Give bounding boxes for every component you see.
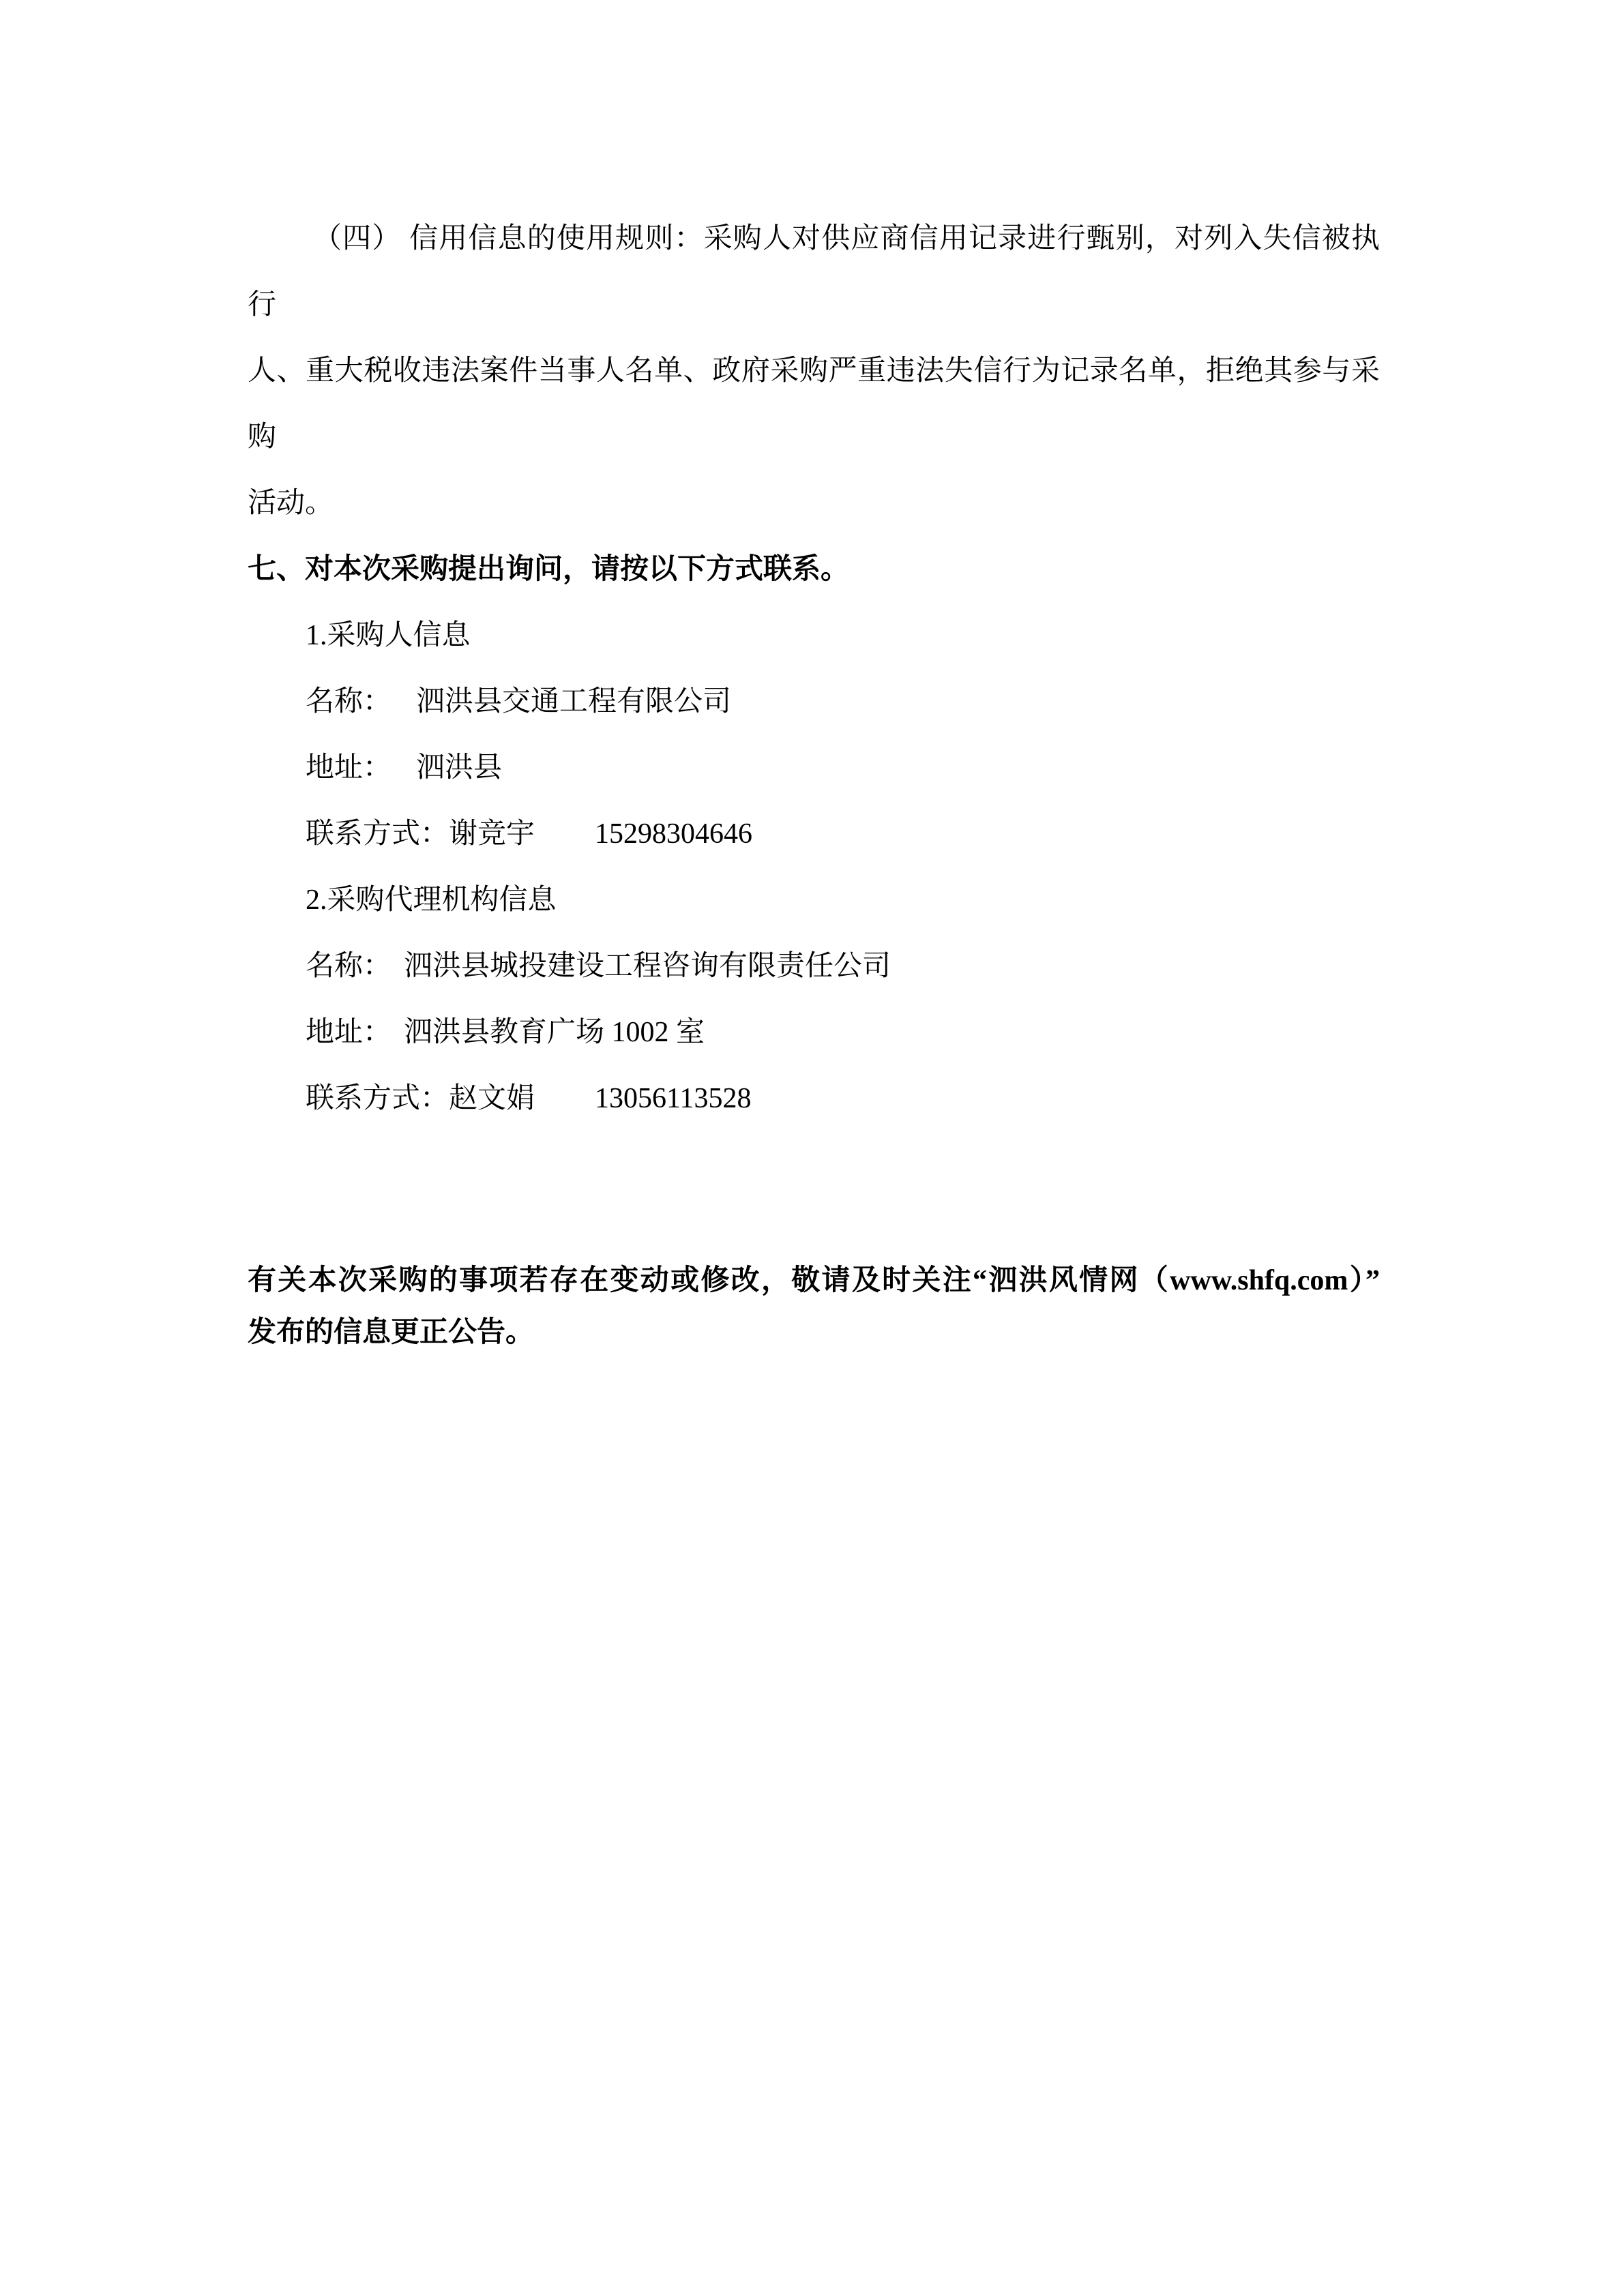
paragraph-credit-rules-line-1: （四） 信用信息的使用规则：采购人对供应商信用记录进行甄别，对列入失信被执行 [248, 206, 1380, 338]
agency-contact-row: 联系方式：赵文娟13056113528 [306, 1066, 1380, 1132]
document-page: （四） 信用信息的使用规则：采购人对供应商信用记录进行甄别，对列入失信被执行 人… [0, 0, 1624, 2296]
paragraph-credit-rules: （四） 信用信息的使用规则：采购人对供应商信用记录进行甄别，对列入失信被执行 人… [248, 206, 1380, 537]
agency-section-heading: 2.采购代理机构信息 [306, 867, 1380, 934]
purchaser-address-row: 地址：泗洪县 [306, 735, 1380, 801]
agency-name-value: 泗洪县城投建设工程咨询有限责任公司 [404, 951, 891, 982]
purchaser-name-row: 名称：泗洪县交通工程有限公司 [306, 669, 1380, 735]
agency-contact-phone: 13056113528 [595, 1083, 751, 1114]
agency-contact-label: 联系方式： [306, 1083, 449, 1114]
footer-notice-line-2: 发布的信息更正公告。 [248, 1307, 1380, 1358]
agency-address-value: 泗洪县教育广场 1002 室 [404, 1017, 705, 1048]
agency-name-label: 名称： [306, 951, 392, 982]
section-7-heading: 七、对本次采购提出询问，请按以下方式联系。 [248, 537, 1380, 603]
purchaser-contact-person: 谢竞宇 [449, 818, 535, 850]
paragraph-credit-rules-line-3: 活动。 [248, 471, 1380, 537]
agency-contact-person: 赵文娟 [449, 1083, 535, 1114]
purchaser-name-value: 泗洪县交通工程有限公司 [416, 686, 731, 717]
document-content: （四） 信用信息的使用规则：采购人对供应商信用记录进行甄别，对列入失信被执行 人… [248, 206, 1380, 1358]
purchaser-contact-label: 联系方式： [306, 818, 449, 850]
purchaser-contact-phone: 15298304646 [595, 818, 752, 850]
purchaser-contact-row: 联系方式：谢竞宇15298304646 [306, 801, 1380, 867]
contact-info-block: 1.采购人信息 名称：泗洪县交通工程有限公司 地址：泗洪县 联系方式：谢竞宇15… [248, 603, 1380, 1132]
agency-address-row: 地址：泗洪县教育广场 1002 室 [306, 1000, 1380, 1066]
purchaser-address-label: 地址： [306, 752, 392, 784]
footer-notice-line-1: 有关本次采购的事项若存在变动或修改，敬请及时关注“泗洪风情网（www.shfq.… [248, 1255, 1380, 1307]
purchaser-section-heading: 1.采购人信息 [306, 603, 1380, 669]
purchaser-name-label: 名称： [306, 686, 392, 717]
purchaser-address-value: 泗洪县 [416, 752, 502, 784]
paragraph-credit-rules-line-2: 人、重大税收违法案件当事人名单、政府采购严重违法失信行为记录名单，拒绝其参与采购 [248, 338, 1380, 471]
agency-name-row: 名称：泗洪县城投建设工程咨询有限责任公司 [306, 934, 1380, 1000]
footer-notice: 有关本次采购的事项若存在变动或修改，敬请及时关注“泗洪风情网（www.shfq.… [248, 1255, 1380, 1358]
agency-address-label: 地址： [306, 1017, 392, 1048]
